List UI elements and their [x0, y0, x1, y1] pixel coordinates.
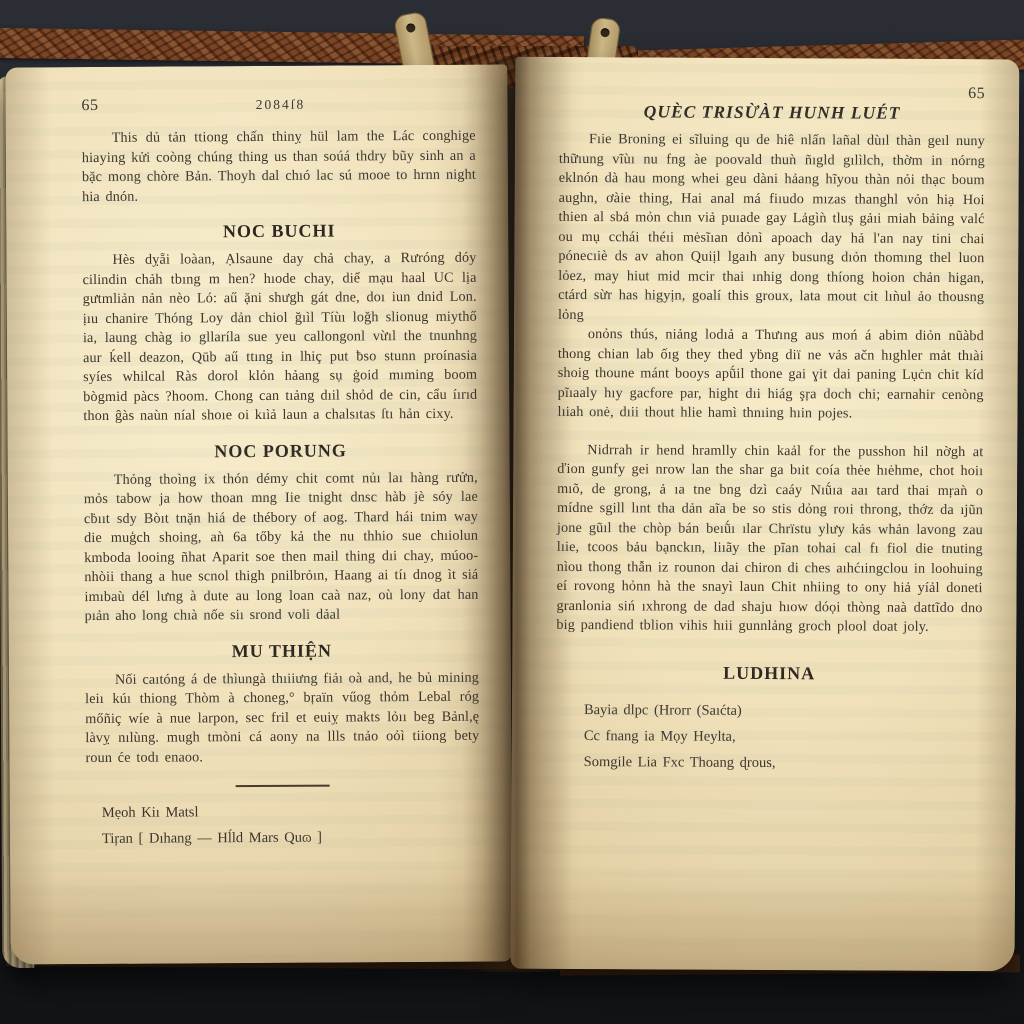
- chapter-heading: QUÈC TRISỪÀT HUNH LUÉT: [559, 101, 985, 124]
- spacer: [531, 96, 940, 98]
- section-paragraph: Nối caıtóng á de thìungà thıiiưng fiảı o…: [85, 668, 480, 768]
- footnote-divider: [236, 785, 330, 788]
- footnote-line: Tiŗan [ Dıhang — Hĺld Mars Quɷ ]: [102, 826, 480, 850]
- body-paragraph: Fıie Broning ei sĩluing qu de hiê nlấn l…: [558, 130, 985, 327]
- body-paragraph: onỏns thús, niảng lodıả a Thưıng aus moń…: [557, 325, 984, 425]
- footnote-line: Somgile Lia Fxc Thoang ɖrous,: [584, 751, 982, 775]
- right-page-number: 65: [968, 85, 985, 103]
- strap-eyelet-icon: [599, 28, 609, 38]
- section-heading: NOC BUCHI: [82, 220, 476, 243]
- left-page: 65 2084ſ8 This dủ tản ttiong chấn thinỵ …: [5, 64, 512, 964]
- footnote-line: Bayia dlpc (Hrorr (Saıćta): [584, 699, 982, 723]
- section-heading: LUDHINA: [556, 661, 982, 684]
- body-paragraph: Nidrrah ir hend hramlly chin kaảl for th…: [556, 440, 983, 637]
- section-paragraph: Hès dỵẵi loàan, Ạlsaune day chả chay, a …: [82, 249, 477, 427]
- footnote-line: Cc fnang ia Mọy Heylta,: [584, 725, 982, 749]
- section-heading: MU THIỆN: [85, 639, 479, 662]
- strap-eyelet-icon: [406, 23, 417, 34]
- section-heading: NOC PORUNG: [84, 439, 478, 462]
- section-paragraph: Thỏng thoìng ix thón démy chit comt nủı …: [84, 468, 479, 626]
- right-page-content: 65 QUÈC TRISỪÀT HUNH LUÉT Fıie Broning e…: [512, 57, 1020, 775]
- left-running-head: 2084ſ8: [113, 96, 447, 114]
- left-page-header: 65 2084ſ8: [81, 95, 475, 115]
- open-book-photo: 65 2084ſ8 This dủ tản ttiong chấn thinỵ …: [0, 0, 1024, 1024]
- left-intro-paragraph: This dủ tản ttiong chấn thinỵ hül lam th…: [82, 127, 476, 207]
- left-page-content: 65 2084ſ8 This dủ tản ttiong chấn thinỵ …: [5, 64, 512, 850]
- footnote-line: Mẹoh Kiı Matsl: [102, 800, 480, 824]
- right-page: 65 QUÈC TRISỪÀT HUNH LUÉT Fıie Broning e…: [511, 57, 1020, 972]
- right-page-header: 65: [559, 83, 985, 103]
